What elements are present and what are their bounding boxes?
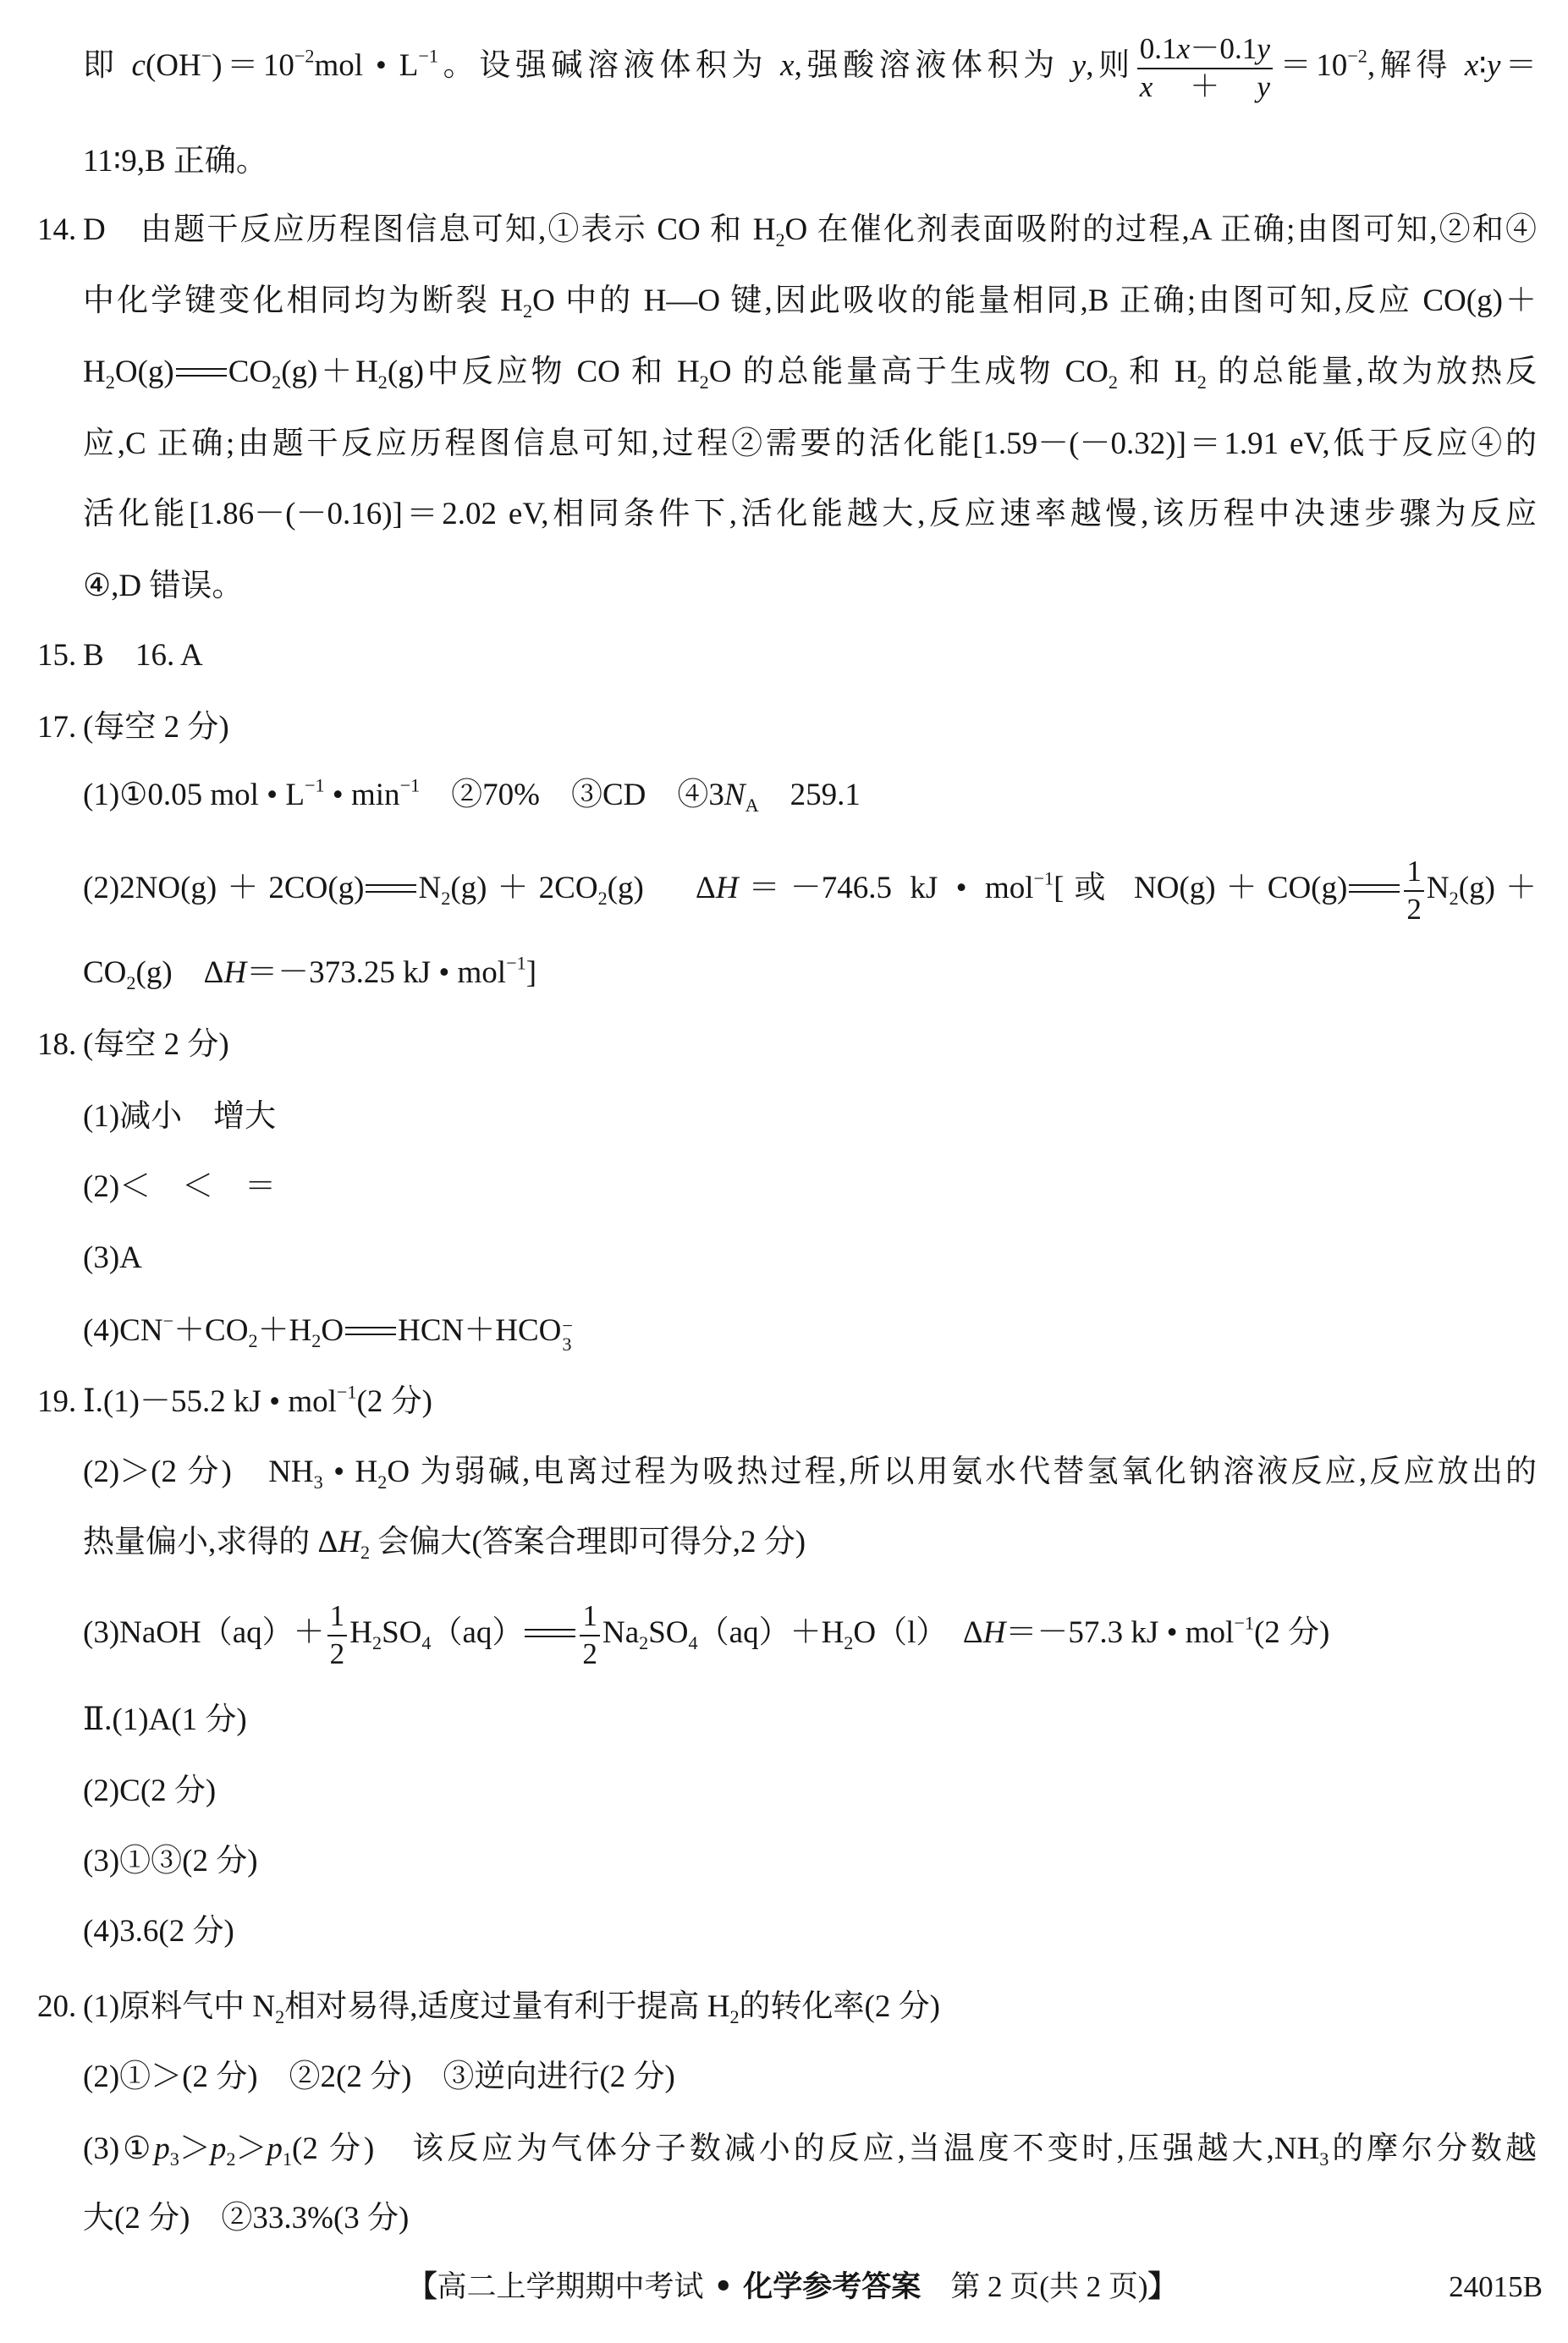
italic-symbol: y [1072,48,1086,83]
text-run: CO [228,355,272,389]
footer-page-info: 第 2 页(共 2 页) [921,2270,1147,2303]
question-number-20: 20. [37,1988,76,2026]
text-run: (2 分) [357,1384,432,1419]
q19-I-part-3: (3)NaOH（aq）＋12H2SO4（aq）══12Na2SO4（aq）＋H2… [83,1614,1537,1652]
text-run: • min [325,778,400,812]
fraction-numerator: 1 [580,1601,600,1636]
text-run: (3)NaOH（aq）＋ [83,1615,325,1650]
subscript: 2 [598,888,608,909]
italic-symbol: x [780,48,794,83]
subscript: 2 [360,1542,370,1563]
document-code: 24015B [1449,2269,1543,2306]
fraction: 12 [580,1601,600,1670]
text-run: (1)原料气中 N [83,1989,275,2024]
italic-symbol: p [211,2131,227,2166]
italic-symbol: H [223,955,246,990]
text-run: －0.1 [1190,32,1257,65]
footer-subject: • 化学参考答案 [703,2270,921,2304]
text-run: (2)2NO(g)＋2CO(g) [83,871,364,905]
q19-I-part-2-line-2: 热量偏小,求得的 ΔH2 会偏大(答案合理即可得分,2 分) [83,1524,1537,1561]
text-run: ,则 [1086,48,1135,83]
text-run: (每空 2 分) [83,710,229,745]
fraction-numerator: 1 [1404,856,1424,892]
text-run: 中化学键变化相同均为断裂 H [83,283,523,318]
text-run: O(g) [115,355,174,389]
text-run: (2)C(2 分) [83,1774,216,1808]
q18-part-4: (4)CN−＋CO2＋H2O══HCN＋HCO−3 [83,1312,1537,1350]
subscript: 2 [441,888,450,909]
text-run: SO [648,1615,688,1650]
superscript: −2 [1347,45,1367,66]
fraction: 12 [1404,856,1424,926]
text-run: ＝ [1500,48,1537,83]
q19-I-part-1: Ⅰ.(1)－55.2 kJ • mol−1(2 分) [83,1383,1537,1421]
text-run: ∶ [1478,48,1487,83]
superscript: −1 [418,45,438,66]
text-run: ④,D 错误。 [83,569,243,603]
subscript: A [745,795,759,816]
superscript: − [163,1310,174,1331]
text-run: HCN＋HCO [398,1313,561,1348]
subscript: 2 [378,371,388,393]
text-run: N [1427,871,1450,905]
text-run: (4)3.6(2 分) [83,1914,234,1949]
q17-part-1: (1)①0.05 mol • L−1 • min−1 ②70% ③CD ④3NA… [83,777,1537,814]
text-run: (每空 2 分) [83,1027,229,1062]
text-run: O 的总能量高于生成物 CO [709,355,1109,389]
subscript: 2 [1109,371,1118,393]
text-run: 259.1 [759,778,861,812]
fraction-denominator: x＋y [1137,69,1273,103]
text-run: O（l） Δ [853,1615,982,1650]
text-run: (g) Δ [608,871,716,905]
text-run: ＝－57.3 kJ • mol [1005,1615,1234,1650]
text-run: N [418,871,441,905]
q18-part-1: (1)减小 增大 [83,1098,1537,1136]
sub-superscript: −3 [562,1317,573,1354]
text-run: D 由题干反应历程图信息可知,①表示 CO 和 H [83,212,775,247]
footer-bracket-close: 】 [1148,2270,1178,2304]
q18-scoring-note: (每空 2 分) [83,1026,1537,1064]
text-run: Ⅰ.(1)－55.2 kJ • mol [83,1384,337,1419]
italic-symbol: x [1140,70,1153,103]
superscript: −1 [337,1381,357,1402]
text-run: ＝10 [1275,48,1347,83]
text-run: ＋ [1153,70,1257,103]
text-run: (3)A [83,1240,142,1275]
italic-symbol: H [716,871,739,905]
footer-bracket-open: 【 [407,2270,437,2304]
q20-part-1: (1)原料气中 N2相对易得,适度过量有利于提高 H2的转化率(2 分) [83,1988,1537,2026]
text-run: 应,C 正确;由题干反应历程图信息可知,过程②需要的活化能[1.59－(－0.3… [83,426,1537,461]
text-run: 会偏大(答案合理即可得分,2 分) [370,1525,806,1559]
superscript: − [201,45,212,66]
subscript: 2 [775,229,784,250]
text-run: (2)＜ ＜ ＝ [83,1169,276,1204]
text-run: (g)＋ [1459,871,1537,905]
italic-symbol: p [267,2131,283,2166]
q16-answer: A [180,637,203,674]
text-run: 的转化率(2 分) [740,1989,940,2024]
reaction-equals-sign: ══ [366,884,416,893]
q14-line-1: D 由题干反应历程图信息可知,①表示 CO 和 H2O 在催化剂表面吸附的过程,… [83,212,1537,249]
reaction-equals-sign: ══ [176,368,227,377]
text-run: H [349,1615,372,1650]
subscript: 3 [1319,2148,1329,2170]
text-run: 0.1 [1140,32,1177,65]
question-number-15: 15. [37,637,76,674]
subscript: 2 [700,371,709,393]
text-run: 和 H [1118,355,1197,389]
reaction-equals-sign: ══ [1349,884,1400,893]
italic-symbol: p [154,2131,170,2166]
text-run: • H [323,1455,378,1489]
subscript: 4 [689,1632,698,1653]
text-run: O 中的 H—O 键,因此吸收的能量相同,B 正确;由图可知,反应 CO(g)＋ [532,283,1537,318]
subscript: 2 [844,1632,853,1653]
text-run: (2)＞(2 分) NH [83,1455,314,1489]
q13-tail-line-2: 11∶9,B 正确。 [83,143,1537,180]
text-run: ＋H [258,1313,312,1348]
q19-II-part-2: (2)C(2 分) [83,1773,1537,1810]
subscript: 2 [1450,888,1459,909]
text-run: 2 [330,1637,345,1670]
q20-part-3-line-2: 大(2 分) ②33.3%(3 分) [83,2200,1537,2237]
fraction-denominator: 2 [580,1636,600,1670]
text-run: Ⅱ.(1)A(1 分) [83,1702,247,1737]
text-run: 1 [330,1599,345,1632]
text-run: ＝－746.5 kJ • mol [739,871,1034,905]
q17-part-2-line-2: CO2(g) ΔH＝－373.25 kJ • mol−1] [83,954,1537,992]
subscript: 2 [275,2006,284,2027]
q14-line-5: 活化能[1.86－(－0.16)]＝2.02 eV,相同条件下,活化能越大,反应… [83,496,1537,533]
text-run: （aq）＋H [698,1615,845,1650]
text-run: ＞ [179,2131,211,2166]
subscript: 2 [126,972,135,993]
subscript: 2 [1197,371,1207,393]
text-run: ②70% ③CD ④3 [420,778,724,812]
text-run: 1 [582,1599,597,1632]
q14-line-2: 中化学键变化相同均为断裂 H2O 中的 H—O 键,因此吸收的能量相同,B 正确… [83,283,1537,320]
q18-part-3: (3)A [83,1240,1537,1277]
subscript: 2 [311,1330,321,1351]
footer-exam-title: 高二上学期期中考试 [437,2270,703,2303]
text-run: ＝－373.25 kJ • mol [246,955,506,990]
italic-symbol: c [132,48,146,83]
text-run: ] [526,955,536,990]
q17-scoring-note: (每空 2 分) [83,709,1537,746]
italic-symbol: y [1257,32,1270,65]
italic-symbol: y [1487,48,1500,83]
text-run: Na [602,1615,639,1650]
text-run: (2 分) [1254,1615,1329,1650]
reaction-equals-sign: ══ [345,1327,396,1335]
text-run: O [321,1313,344,1348]
superscript: − [562,1317,573,1335]
superscript: −1 [1234,1612,1254,1633]
text-run: )＝10 [212,48,294,83]
text-run: ,解得 [1367,48,1465,83]
subscript: 2 [639,1632,648,1653]
text-run: (g)中反应物 CO 和 H [388,355,700,389]
q20-part-2: (2)①＞(2 分) ②2(2 分) ③逆向进行(2 分) [83,2059,1537,2096]
text-run: O 为弱碱,电离过程为吸热过程,所以用氨水代替氢氧化钠溶液反应,反应放出的 [387,1455,1537,1489]
q14-line-4: 应,C 正确;由题干反应历程图信息可知,过程②需要的活化能[1.59－(－0.3… [83,426,1537,463]
q15-answer: B [83,637,104,674]
superscript: −1 [400,774,421,795]
q17-part-2-line-1: (2)2NO(g)＋2CO(g)══N2(g)＋2CO2(g) ΔH＝－746.… [83,870,1537,907]
text-run: O 在催化剂表面吸附的过程,A 正确;由图可知,②和④ [785,212,1537,247]
text-run: ,强酸溶液体积为 [795,48,1072,83]
text-run: (g) Δ [136,955,224,990]
italic-symbol: H [338,1525,360,1559]
superscript: −2 [294,45,315,66]
q19-II-part-1: Ⅱ.(1)A(1 分) [83,1702,1537,1739]
text-run: (2 分) 该反应为气体分子数减小的反应,当温度不变时,压强越大,NH [292,2131,1319,2166]
fraction-numerator: 1 [327,1601,348,1636]
text-run: 11∶9,B 正确。 [83,144,267,179]
text-run: H [83,355,106,389]
subscript: 3 [170,2148,179,2170]
q20-part-3-line-1: (3)①p3＞p2＞p1(2 分) 该反应为气体分子数减小的反应,当温度不变时,… [83,2131,1537,2168]
q14-line-6: ④,D 错误。 [83,568,1537,605]
text-run: 热量偏小,求得的 Δ [83,1525,338,1559]
subscript: 2 [729,2006,739,2027]
question-number-16: 16. [135,637,174,674]
superscript: −1 [1034,867,1054,888]
italic-symbol: x [1465,48,1478,83]
subscript: 4 [421,1632,431,1653]
reaction-equals-sign: ══ [525,1629,575,1637]
italic-symbol: y [1257,70,1270,103]
text-run: (OH [146,48,201,83]
text-run: (3)① [83,2131,154,2166]
text-run: SO [382,1615,421,1650]
italic-symbol: N [724,778,745,812]
question-number-18: 18. [37,1026,76,1064]
fraction-denominator: 2 [1404,892,1424,926]
text-run: mol • L [314,48,418,83]
fraction: 12 [327,1601,348,1670]
q19-II-part-3: (3)①③(2 分) [83,1843,1537,1880]
text-run: (1)减小 增大 [83,1099,276,1134]
subscript: 3 [314,1471,323,1493]
text-run: 1 [1406,855,1422,888]
subscript: 2 [106,371,115,393]
subscript: 2 [377,1471,387,1493]
text-run: 的总能量,故为放热反 [1207,355,1537,389]
text-run: CO [83,955,126,990]
superscript: −1 [305,774,325,795]
text-run: 的摩尔分数越 [1329,2131,1537,2166]
text-run: (g)＋2CO [450,871,597,905]
text-run: 活化能[1.86－(－0.16)]＝2.02 eV,相同条件下,活化能越大,反应… [83,497,1537,531]
italic-symbol: x [1177,32,1191,65]
text-run: 2 [582,1637,597,1670]
superscript: −1 [506,952,526,973]
q13-tail-line-1: 即 c(OH−)＝10−2mol • L−1。设强碱溶液体积为 x,强酸溶液体积… [83,47,1537,85]
q19-II-part-4: (4)3.6(2 分) [83,1913,1537,1950]
text-run: A [180,638,203,673]
question-number-14: 14. [37,212,76,249]
subscript: 3 [562,1335,573,1354]
question-number-19: 19. [37,1383,76,1421]
italic-symbol: H [983,1615,1006,1650]
subscript: 2 [226,2148,235,2170]
text-run: 2 [1406,893,1422,926]
text-run: (3)①③(2 分) [83,1844,258,1878]
text-run: 。设强碱溶液体积为 [438,48,780,83]
q14-line-3: H2O(g)══CO2(g)＋H2(g)中反应物 CO 和 H2O 的总能量高于… [83,354,1537,391]
text-run: (1)①0.05 mol • L [83,778,305,812]
text-run: [或 NO(g)＋CO(g) [1054,871,1347,905]
text-run: B [83,638,104,673]
subscript: 2 [372,1632,382,1653]
q19-I-part-2-line-1: (2)＞(2 分) NH3 • H2O 为弱碱,电离过程为吸热过程,所以用氨水代… [83,1454,1537,1491]
q18-part-2: (2)＜ ＜ ＝ [83,1169,1537,1206]
text-run: 相对易得,适度过量有利于提高 H [284,1989,729,2024]
fraction-numerator: 0.1x－0.1y [1137,34,1273,69]
text-run: ＋CO [173,1313,248,1348]
question-number-17: 17. [37,709,76,746]
text-run: 即 [83,48,132,83]
subscript: 2 [248,1330,257,1351]
text-run: (2)①＞(2 分) ②2(2 分) ③逆向进行(2 分) [83,2060,675,2094]
text-run: 大(2 分) ②33.3%(3 分) [83,2201,409,2236]
subscript: 1 [283,2148,292,2170]
page-footer: 【高二上学期期中考试 • 化学参考答案 第 2 页(共 2 页)】 [8,2269,1568,2306]
fraction-denominator: 2 [327,1636,348,1670]
text-run: （aq） [431,1615,523,1650]
subscript: 2 [272,371,281,393]
text-run: ＞ [235,2131,267,2166]
text-run: (4)CN [83,1313,163,1348]
fraction: 0.1x－0.1yx＋y [1137,34,1273,103]
subscript: 2 [523,300,532,322]
text-run: (g)＋H [281,355,378,389]
